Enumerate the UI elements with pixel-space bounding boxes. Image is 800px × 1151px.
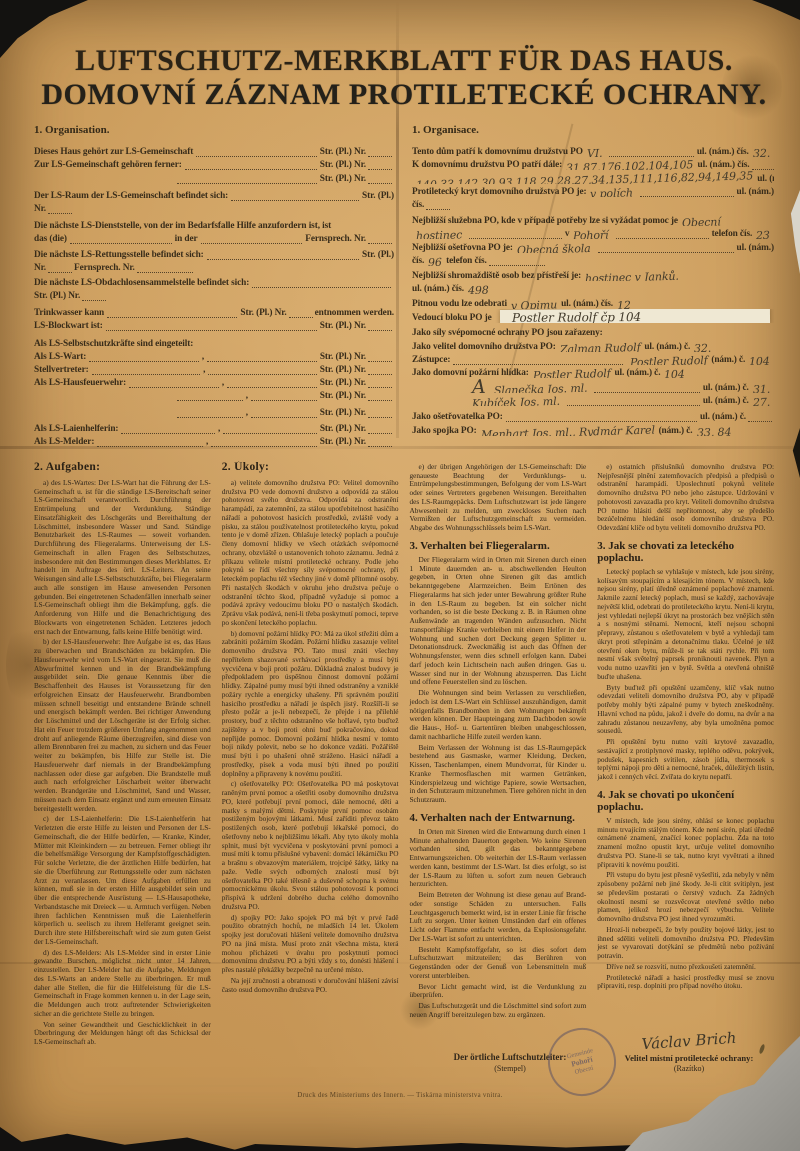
form-label: ul. (nám.) č.	[644, 342, 690, 352]
form-column-german: 1. Organisation. Dieses Haus gehört zur …	[34, 124, 394, 447]
form-label: Str. (Pl.) Nr.	[320, 408, 366, 418]
form-label: Jako velitel domovního družstva PO:	[412, 342, 556, 352]
form-label: Str. (Pl.) Nr.	[320, 391, 366, 401]
dotted-leader	[469, 229, 562, 239]
section-heading: 2. Aufgaben:	[34, 461, 211, 473]
dotted-leader	[368, 365, 392, 375]
form-line: čís.	[412, 197, 774, 210]
paragraph: Bevor Licht gemacht wird, ist die Verdun…	[410, 983, 587, 1001]
document-content: LUFTSCHUTZ-MERKBLATT FÜR DAS HAUS. DOMOV…	[34, 44, 774, 1121]
form-label: Zur LS-Gemeinschaft gehören ferner:	[34, 160, 182, 170]
dotted-leader	[97, 437, 203, 447]
dotted-leader	[594, 383, 700, 393]
organisation-form: 1. Organisation. Dieses Haus gehört zur …	[34, 124, 774, 447]
form-label: ul. (nám.) č.	[700, 412, 746, 422]
form-line: ,Str. (Pl.) Nr.	[34, 388, 394, 401]
form-label: Jako ošetřovatelka PO:	[412, 412, 503, 422]
dotted-leader	[368, 160, 392, 170]
form-label: Pitnou vodu lze odebrati	[412, 299, 507, 309]
form-label: ul. (nám.) čís.	[757, 174, 774, 184]
handwritten-entry: Obecní	[682, 217, 721, 227]
form-label: Als LS-Wart:	[34, 352, 86, 362]
form-label: Str. (Pl.)	[362, 250, 394, 260]
handwritten-entry: Postler Rudolf čp 104	[500, 309, 770, 323]
form-line: Nejbližší služebna PO, kde v případě pot…	[412, 213, 774, 226]
paragraph: d) spojky PO: Jako spojek PO má být v pr…	[222, 914, 399, 975]
dotted-leader	[752, 160, 774, 170]
form-label: Nr.	[34, 204, 46, 214]
handwritten-entry: hostinec v Janků.	[585, 271, 679, 281]
paragraph: Besteht Kampfstoffgefahr, so ist dies so…	[410, 946, 587, 981]
paragraph: e) der übrigen Angehörigen der LS-Gemein…	[410, 463, 587, 533]
body-column-4-czech-alarm: e) ostatních příslušníků domovního družs…	[597, 461, 774, 1121]
dotted-leader	[177, 174, 317, 184]
dotted-leader	[368, 424, 392, 434]
form-line: Pitnou vodu lze odebrativ Opimuul. (nám.…	[412, 296, 774, 309]
handwritten-entry: Postler Rudolf	[533, 368, 611, 378]
form-label: Jako síly svépomocné ochrany PO jsou zař…	[412, 328, 603, 338]
form-label: entnommen werden.	[315, 308, 394, 318]
form-label: Protiletecký kryt domovního družstva PO …	[412, 187, 586, 197]
form-label: ul. (nám.)	[737, 187, 774, 197]
handwritten-entry: 31.	[753, 384, 771, 393]
handwritten-entry: hostinec	[416, 230, 463, 240]
paragraph: b) domovní požární hlídky PO: Má za úkol…	[222, 630, 399, 779]
form-line: čís.96telefon čís.	[412, 253, 774, 266]
form-label: Die nächste LS-Rettungsstelle befindet s…	[34, 250, 204, 260]
dotted-leader	[616, 229, 709, 239]
paragraph: Letecký poplach se vyhlašuje v místech, …	[597, 568, 774, 682]
title-czech: DOMOVNÍ ZÁZNAM PROTILETECKÉ OCHRANY.	[34, 78, 774, 112]
handwritten-entry: 32.	[694, 342, 712, 351]
form-label: Str. (Pl.) Nr.	[34, 291, 80, 301]
razitko-placeholder-label: (Razítko)	[596, 1064, 782, 1073]
form-label: Dieses Haus gehört zur LS-Gemeinschaft	[34, 147, 193, 157]
form-label: Als LS-Laienhelferin:	[34, 424, 118, 434]
form-label: čís.	[412, 200, 424, 210]
form-line: Jako spojka PO:Menhart Jos. ml., Rydmár …	[412, 422, 774, 435]
dotted-leader	[121, 424, 215, 434]
scanned-document: LUFTSCHUTZ-MERKBLATT FÜR DAS HAUS. DOMOV…	[0, 0, 800, 1151]
section-heading: 3. Jak se chovati za leteckého poplachu.	[597, 540, 774, 564]
form-label: ,	[202, 352, 204, 362]
paragraph: c) ošetřovatelky PO: Ošetřovatelka PO má…	[222, 780, 399, 911]
dotted-leader	[368, 391, 392, 401]
dotted-leader	[129, 378, 219, 388]
dotted-leader	[223, 424, 317, 434]
body-columns: 2. Aufgaben:a) des LS-Wartes: Der LS-War…	[34, 461, 774, 1121]
form-label: Trinkwasser kann	[34, 308, 104, 318]
form-line: Stellvertreter:,Str. (Pl.) Nr.	[34, 362, 394, 375]
form-line: Jako ošetřovatelka PO:ul. (nám.) č.	[412, 409, 774, 422]
form-label: ul. (nám.) čís.	[697, 147, 749, 157]
form-line: ul. (nám.) čís.498	[412, 281, 774, 294]
handwritten-entry: A	[472, 378, 486, 393]
form-line: Str. (Pl.) Nr.	[34, 170, 394, 183]
form-label: Als LS-Selbstschutzkräfte sind eingeteil…	[34, 339, 193, 349]
form-label: čís.	[412, 256, 424, 266]
handwritten-entry: 27.	[753, 397, 771, 406]
handwritten-entry: Obecná škola	[517, 242, 591, 252]
paragraph: e) ostatních příslušníků domovního družs…	[597, 463, 774, 533]
form-label: Die nächste LS-Dienststelle, von der im …	[34, 221, 331, 231]
body-column-3-german-alarm: e) der übrigen Angehörigen der LS-Gemein…	[410, 461, 587, 1121]
form-label: Nejbližší ošetřovna PO je:	[412, 243, 513, 253]
handwritten-entry: 96	[428, 256, 442, 265]
paragraph: V místech, kde jsou sirény, ohlásí se ko…	[597, 817, 774, 870]
paragraph: In Orten mit Sirenen wird die Entwarnung…	[410, 828, 587, 889]
paragraph: Při vstupu do bytu jest přesně vyšetřiti…	[597, 871, 774, 924]
form-label: Fernsprech. Nr.	[305, 234, 366, 244]
paragraph: a) des LS-Wartes: Der LS-Wart hat die Fü…	[34, 479, 211, 637]
dotted-leader	[368, 147, 392, 157]
dotted-leader	[368, 378, 392, 388]
handwritten-entry: 140,33,142,30,93,118,29,28,27,34,135,111…	[416, 170, 753, 183]
form-line: Vedoucí bloku PO jePostler Rudolf čp 104	[412, 309, 774, 323]
paragraph: Na její zručnosti a obratnosti v doručov…	[222, 977, 399, 995]
form-label: Str. (Pl.) Nr.	[320, 174, 366, 184]
form-label: Str. (Pl.) Nr.	[320, 160, 366, 170]
form-label: ,	[203, 365, 205, 375]
dotted-leader	[196, 147, 317, 157]
dotted-leader	[207, 250, 359, 260]
form-label: Nejbližší shromaždiště osob bez přístřeš…	[412, 271, 581, 281]
dotted-leader	[107, 308, 237, 318]
form-line: das (die)in derFernsprech. Nr.	[34, 231, 394, 244]
form-label: ,	[206, 437, 208, 447]
form-line: 140,33,142,30,93,118,29,28,27,34,135,111…	[412, 170, 774, 183]
form-label: ,	[218, 424, 220, 434]
form-line: K domovnímu družstvu PO patří dále:31,87…	[412, 157, 774, 170]
form-label: das (die)	[34, 234, 67, 244]
dotted-leader	[567, 396, 700, 406]
handwritten-entry: 104	[664, 369, 685, 378]
form-label: Str. (Pl.) Nr.	[320, 147, 366, 157]
form-label: ul. (nám.) č.	[703, 396, 749, 406]
form-label: Str. (Pl.) Nr.	[320, 378, 366, 388]
form-lines-german: Dieses Haus gehört zur LS-GemeinschaftSt…	[34, 144, 394, 447]
form-line: Als LS-Wart:,Str. (Pl.) Nr.	[34, 349, 394, 362]
dotted-leader	[368, 408, 392, 418]
title-german: LUFTSCHUTZ-MERKBLATT FÜR DAS HAUS.	[34, 44, 774, 78]
form-label: telefon čís.	[446, 256, 487, 266]
dotted-leader	[185, 160, 317, 170]
dotted-leader	[289, 308, 313, 318]
handwritten-entry: Postler Rudolf	[630, 355, 708, 365]
form-label: ul. (nám.) čís.	[698, 160, 750, 170]
form-line: Die nächste LS-Rettungsstelle befindet s…	[34, 246, 394, 259]
form-line: ,Str. (Pl.) Nr.	[34, 404, 394, 417]
form-line: Nejbližší shromaždiště osob bez přístřeš…	[412, 268, 774, 281]
dotted-leader	[137, 263, 193, 273]
form-line: Der LS-Raum der LS-Gemeinschaft befindet…	[34, 188, 394, 201]
dotted-leader	[89, 352, 199, 362]
form-line: Zástupce:Postler Rudolf(nám.) č.104	[412, 352, 774, 365]
form-label: K domovnímu družstvu PO patří dále:	[412, 160, 562, 170]
paragraph: d) des LS-Melders: Als LS-Melder sind in…	[34, 949, 211, 1019]
handwritten-entry: Zalman Rudolf	[560, 342, 641, 352]
paragraph: Von seiner Gewandtheit und Geschicklichk…	[34, 1021, 211, 1047]
form-label: Fernsprech. Nr.	[74, 263, 135, 273]
form-label: in der	[175, 234, 198, 244]
handwritten-entry: 32.	[753, 148, 771, 157]
form-heading-czech: 1. Organisace.	[412, 124, 774, 136]
section-heading: 3. Verhalten bei Fliegeralarm.	[410, 540, 587, 552]
form-label: LS-Blockwart ist:	[34, 321, 103, 331]
form-label: Str. (Pl.) Nr.	[320, 424, 366, 434]
dotted-leader	[506, 412, 697, 422]
form-label: Str. (Pl.)	[362, 191, 394, 201]
form-line: Als LS-Hausfeuerwehr:,Str. (Pl.) Nr.	[34, 375, 394, 388]
form-label: telefon čís.	[712, 229, 753, 239]
handwritten-entry: 33, 84	[696, 426, 731, 435]
paragraph: Byty buďtež při opuštění uzamčeny, klíč …	[597, 684, 774, 737]
form-label: Der LS-Raum der LS-Gemeinschaft befindet…	[34, 191, 228, 201]
form-line: Jako domovní požární hlídka:Postler Rudo…	[412, 365, 774, 378]
dotted-leader	[201, 234, 303, 244]
form-label: ul. (nám.) č.	[703, 383, 749, 393]
handwritten-entry: 23	[756, 230, 770, 239]
form-label: ul. (nám.) čís.	[561, 299, 613, 309]
body-column-1-german-tasks: 2. Aufgaben:a) des LS-Wartes: Der LS-War…	[34, 461, 211, 1121]
dotted-leader	[368, 174, 392, 184]
handwritten-entry: Menhart Jos. ml., Rydmár Karel	[481, 424, 655, 435]
dotted-leader	[208, 365, 316, 375]
form-line: Nejbližší ošetřovna PO je:Obecná školaul…	[412, 239, 774, 252]
dotted-leader	[70, 234, 172, 244]
paragraph: Hrozí-li nebezpečí, že byly použity bojo…	[597, 926, 774, 961]
dotted-leader	[251, 391, 317, 401]
form-column-czech: 1. Organisace. Tento dům patří k domovní…	[412, 124, 774, 447]
dotted-leader	[251, 408, 317, 418]
dotted-leader	[748, 412, 772, 422]
dotted-leader	[207, 352, 317, 362]
handwritten-entry: VI.	[587, 148, 603, 157]
paragraph: Das Luftschutzgerät und die Löschmittel …	[410, 1002, 587, 1020]
paragraph: Při opuštění bytu nutno vzíti krytové za…	[597, 738, 774, 782]
form-label: Als LS-Hausfeuerwehr:	[34, 378, 126, 388]
form-line: Tento dům patří k domovnímu družstvu POV…	[412, 144, 774, 157]
handwritten-entry: Pohoří	[573, 230, 609, 239]
paragraph: Die Wohnungen sind beim Verlassen zu ver…	[410, 689, 587, 742]
form-line: Str. (Pl.) Nr.	[34, 288, 394, 301]
form-label: Nr.	[34, 263, 46, 273]
section-heading: 2. Úkoly:	[222, 461, 399, 473]
handwritten-entry: v polích	[590, 187, 633, 197]
paragraph: Beim Betreten der Wohnung ist diese gena…	[410, 891, 587, 944]
form-line: Als LS-Laienhelferin:,Str. (Pl.) Nr.	[34, 421, 394, 434]
dotted-leader	[368, 352, 392, 362]
paragraph: Dříve než se rozsvítí, nutno přezkoušeti…	[597, 963, 774, 972]
form-line: Protiletecký kryt domovního družstva PO …	[412, 184, 774, 197]
paragraph: Protiletecké nářadí a hasicí prostředky …	[597, 974, 774, 992]
dotted-leader	[82, 291, 106, 301]
form-line: Trinkwasser kannStr. (Pl.) Nr.entnommen …	[34, 305, 394, 318]
handwritten-entry: 498	[468, 285, 489, 294]
form-line: Nr.	[34, 201, 394, 214]
form-line: ASlanečka Jos. ml.ul. (nám.) č.31.	[412, 378, 774, 393]
dotted-leader	[640, 187, 733, 197]
form-line: Als LS-Melder:,Str. (Pl.) Nr.	[34, 434, 394, 447]
form-label: Str. (Pl.) Nr.	[320, 437, 366, 447]
form-label: ul. (nám.) čís.	[412, 284, 464, 294]
paragraph: b) der LS-Hausfeuerwehr: Ihre Aufgabe is…	[34, 638, 211, 813]
dotted-leader	[426, 200, 450, 210]
form-line: LS-Blockwart ist:Str. (Pl.) Nr.	[34, 318, 394, 331]
dotted-leader	[489, 256, 545, 266]
form-line: Jako velitel domovního družstva PO:Zalma…	[412, 338, 774, 351]
dotted-leader	[453, 355, 622, 365]
handwritten-entry: Slanečka Jos. ml.	[493, 383, 587, 393]
form-label: ,	[246, 391, 248, 401]
dotted-leader	[252, 278, 391, 288]
form-label: Zástupce:	[412, 355, 450, 365]
dotted-leader	[598, 243, 734, 253]
paragraph: c) der LS-Laienhelferin: Die LS-Laienhel…	[34, 815, 211, 946]
form-label: Stellvertreter:	[34, 365, 89, 375]
form-heading-german: 1. Organisation.	[34, 124, 394, 136]
form-label: Tento dům patří k domovnímu družstvu PO	[412, 147, 583, 157]
paragraph: Der Fliegeralarm wird in Orten mit Siren…	[410, 556, 587, 687]
form-line: Die nächste LS-Obdachlosensammelstelle b…	[34, 275, 394, 288]
section-heading: 4. Jak se chovati po ukončení poplachu.	[597, 789, 774, 813]
form-label: (nám.) č.	[659, 426, 693, 436]
dotted-leader	[368, 321, 392, 331]
form-label: Str. (Pl.) Nr.	[320, 365, 366, 375]
dotted-leader	[106, 321, 317, 331]
section-heading: 4. Verhalten nach der Entwarnung.	[410, 812, 587, 824]
handwritten-entry: 12	[617, 300, 631, 309]
form-label: ul. (nám.)	[737, 243, 774, 253]
form-line: Nr.Fernsprech. Nr.	[34, 260, 394, 273]
dotted-leader	[92, 365, 200, 375]
form-line: Zur LS-Gemeinschaft gehören ferner:Str. …	[34, 157, 394, 170]
dotted-leader	[211, 437, 317, 447]
form-label: ,	[246, 408, 248, 418]
form-line: Als LS-Selbstschutzkräfte sind eingeteil…	[34, 335, 394, 348]
form-label: (nám.) č.	[711, 355, 745, 365]
form-line: Dieses Haus gehört zur LS-GemeinschaftSt…	[34, 144, 394, 157]
form-label: Vedoucí bloku PO je	[412, 313, 492, 323]
handwritten-entry: Kubíček Jos. ml.	[472, 396, 560, 406]
form-line: Kubíček Jos. ml.ul. (nám.) č.27.	[412, 393, 774, 406]
paragraph: Beim Verlassen der Wohnung ist das LS-Ra…	[410, 744, 587, 805]
form-label: Jako domovní požární hlídka:	[412, 368, 529, 378]
form-label: Nejbližší služebna PO, kde v případě pot…	[412, 216, 678, 226]
form-line: Die nächste LS-Dienststelle, von der im …	[34, 218, 394, 231]
form-label: Als LS-Melder:	[34, 437, 94, 447]
form-line: Jako síly svépomocné ochrany PO jsou zař…	[412, 325, 774, 338]
handwritten-entry: 31,87,176,102,104,105	[566, 160, 694, 171]
dotted-leader	[368, 234, 392, 244]
form-lines-czech: Tento dům patří k domovnímu družstvu POV…	[412, 144, 774, 436]
paragraph: a) velitele domovního družstva PO: Velit…	[222, 479, 399, 628]
footer-czech-signature-block: Václav Brich Velitel místní protiletecké…	[596, 1032, 782, 1073]
printer-imprint: Druck des Ministeriums des Innern. — Tis…	[225, 1092, 575, 1099]
dotted-leader	[227, 378, 317, 388]
dotted-leader	[231, 191, 359, 201]
form-label: ul. (nám.) č.	[614, 368, 660, 378]
form-label: Str. (Pl.) Nr.	[320, 321, 366, 331]
form-label: v	[565, 229, 570, 239]
dotted-leader	[48, 263, 72, 273]
form-line: hostinecvPohořítelefon čís.23	[412, 226, 774, 239]
dotted-leader	[609, 147, 693, 157]
dotted-leader	[48, 204, 72, 214]
handwritten-entry: 104	[749, 356, 770, 365]
form-label: ,	[222, 378, 224, 388]
dotted-leader	[368, 437, 392, 447]
form-label: Str. (Pl.) Nr.	[320, 352, 366, 362]
dotted-leader	[177, 391, 243, 401]
form-label: Jako spojka PO:	[412, 426, 477, 436]
body-column-2-czech-tasks: 2. Úkoly:a) velitele domovního družstva …	[222, 461, 399, 1121]
dotted-leader	[177, 408, 243, 418]
handwritten-entry: v Opimu	[511, 300, 557, 310]
form-label: Die nächste LS-Obdachlosensammelstelle b…	[34, 278, 249, 288]
form-label: Str. (Pl.) Nr.	[240, 308, 286, 318]
